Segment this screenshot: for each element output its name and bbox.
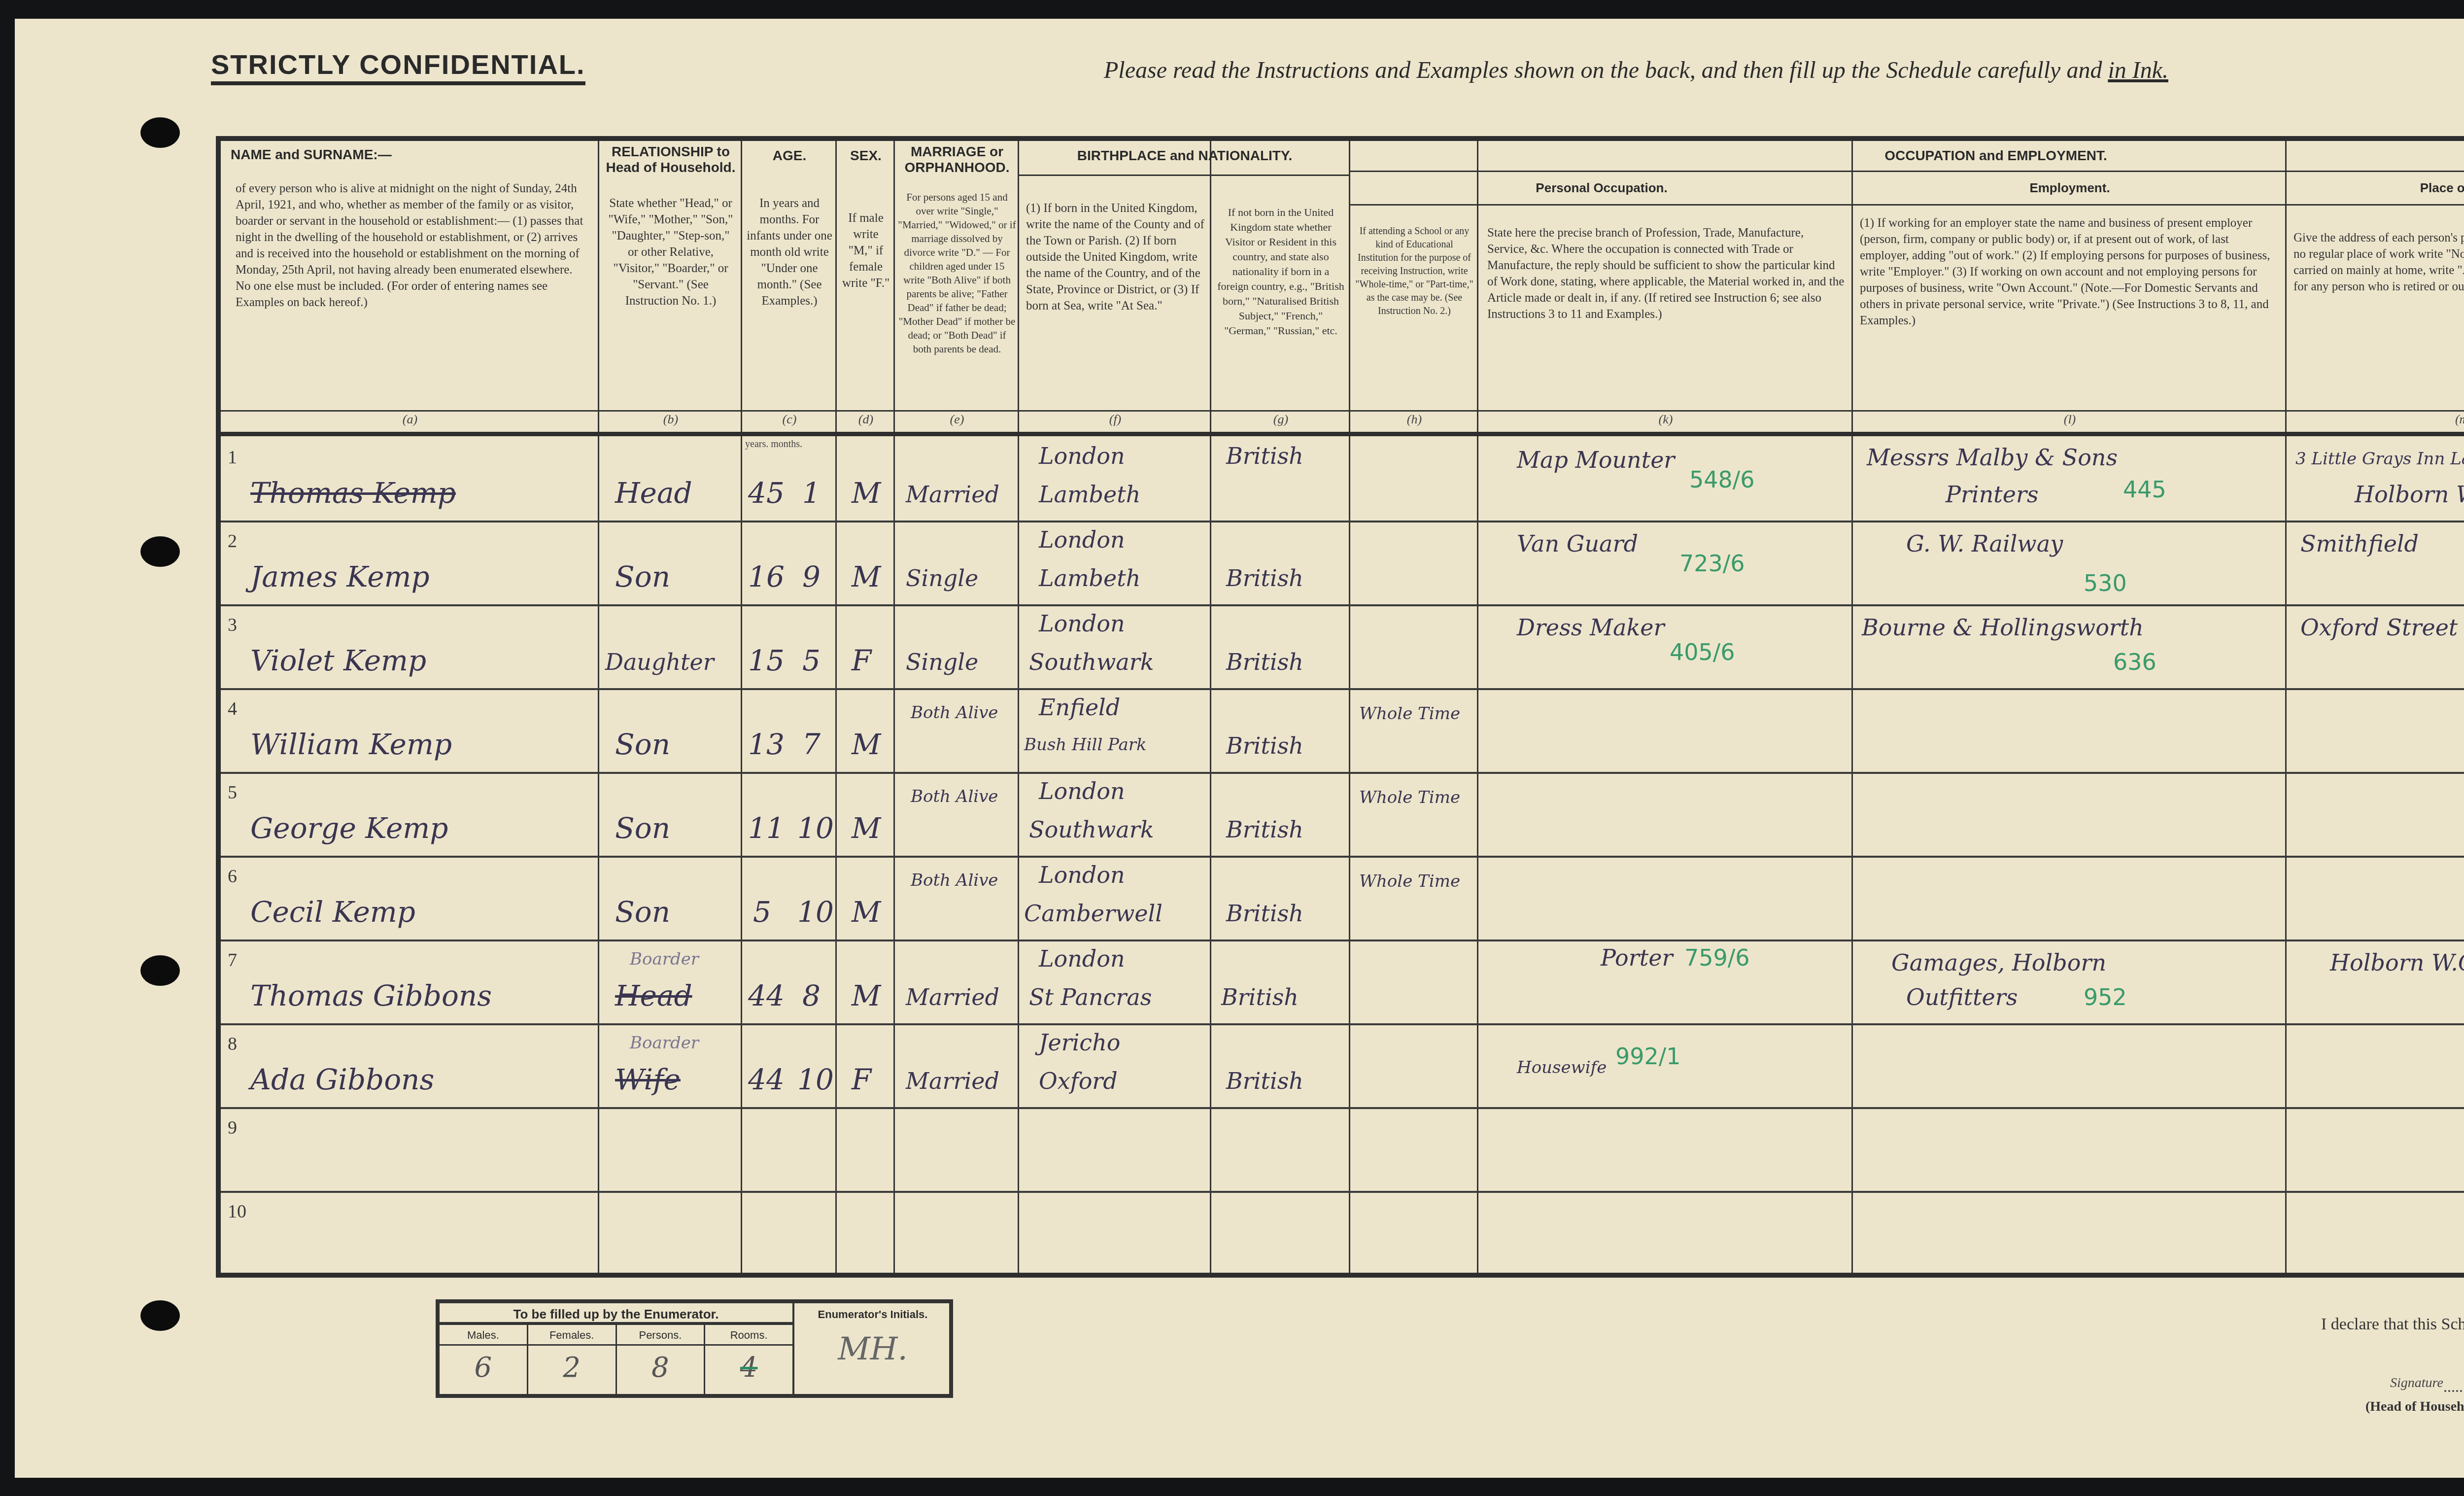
strictly-confidential-heading: STRICTLY CONFIDENTIAL. — [211, 48, 585, 85]
signature-line — [2444, 1390, 2464, 1392]
enumerator-initials: Enumerator's Initials. MH. — [796, 1303, 949, 1394]
enumerator-summary-box: To be filled up by the Enumerator. Males… — [436, 1299, 953, 1398]
signature-note: (Head of Household, Manager of Establish… — [2365, 1399, 2464, 1415]
column-name — [221, 141, 599, 1273]
person-name: James Kemp — [250, 560, 430, 593]
males-cell: Males.6 — [440, 1325, 528, 1394]
person-name: Cecil Kemp — [250, 895, 415, 929]
signature-label: Signature — [2390, 1375, 2443, 1391]
column-place-of-work — [2287, 141, 2464, 1273]
punch-hole — [140, 536, 180, 567]
person-name: Violet Kemp — [250, 644, 426, 677]
punch-hole — [140, 117, 180, 148]
declaration-text: I declare that this Schedule is correctl… — [2321, 1315, 2464, 1334]
column-age — [742, 141, 837, 1273]
column-sex — [837, 141, 895, 1273]
person-name: William Kemp — [250, 728, 452, 761]
person-name: Ada Gibbons — [250, 1063, 434, 1096]
females-cell: Females.2 — [528, 1325, 617, 1394]
column-relationship — [599, 141, 742, 1273]
in-ink-emphasis: in Ink. — [2108, 57, 2168, 83]
rooms-cell: Rooms.4 — [705, 1325, 792, 1394]
person-name: Thomas Gibbons — [250, 979, 492, 1012]
punch-hole — [140, 1300, 180, 1331]
person-name: Thomas Kemp — [250, 476, 456, 510]
person-name: George Kemp — [250, 811, 448, 845]
census-form-table: NAME and SURNAME:— of every person who i… — [216, 136, 2464, 1278]
punch-hole — [140, 955, 180, 986]
persons-cell: Persons.8 — [617, 1325, 706, 1394]
instruction-line: Please read the Instructions and Example… — [1104, 57, 2168, 84]
